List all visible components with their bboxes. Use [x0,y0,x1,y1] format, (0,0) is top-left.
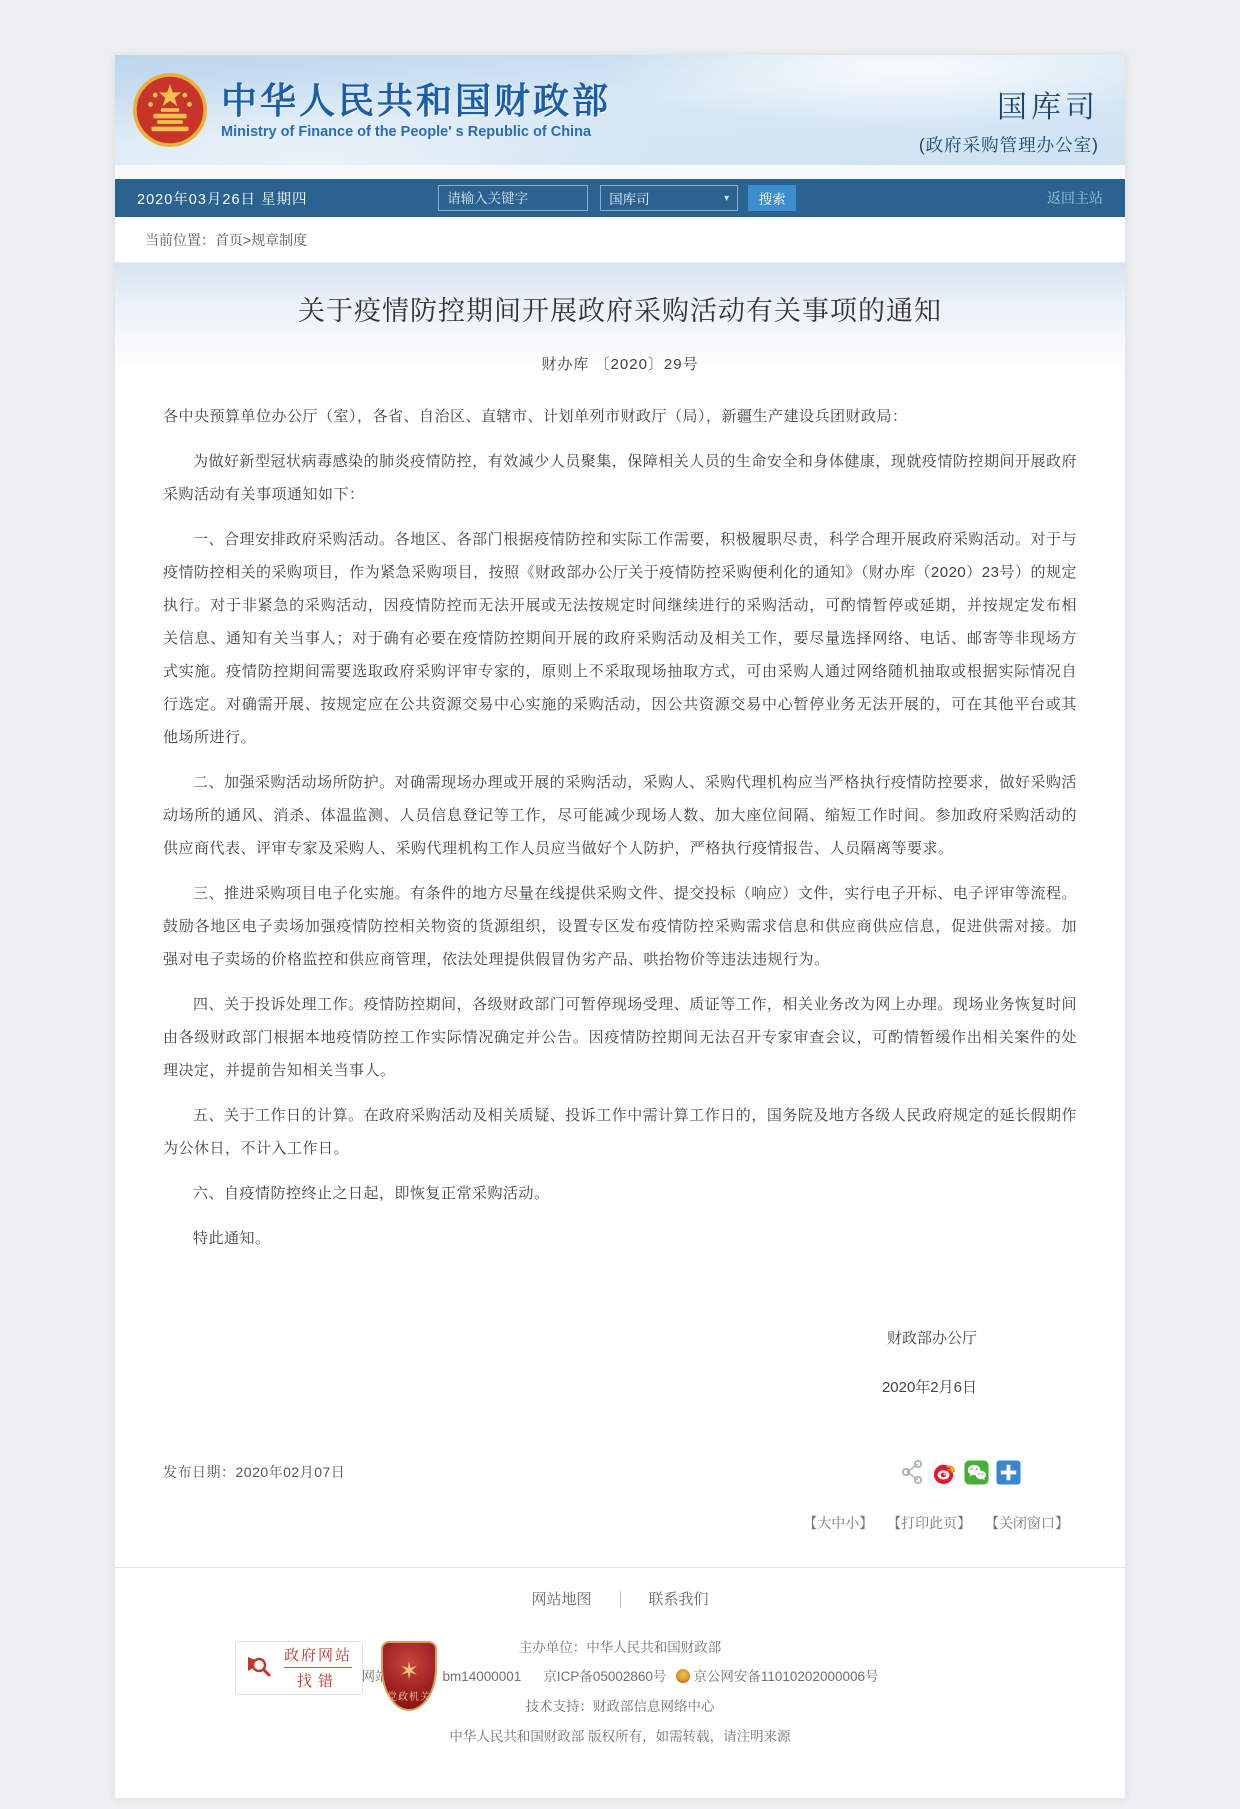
publish-date-label: 发布日期： [163,1464,236,1480]
breadcrumb-label: 当前位置： [145,232,215,248]
footer-info: 政府网站 找错 ✶ 党政机关 主办单位：中华人民共和国财政部 网站标识码：bm1… [115,1619,1125,1762]
breadcrumb-home-link[interactable]: 首页 [215,232,243,248]
brand-block: 中华人民共和国财政部 Ministry of Finance of the Pe… [133,73,611,147]
security-record-number[interactable]: 京公网安备11010202000006号 [693,1669,878,1684]
paragraph: 三、推进采购项目电子化实施。有条件的地方尽量在线提供采购文件、提交投标（响应）文… [163,877,1077,976]
print-page-tool[interactable]: 【打印此页】 [887,1515,971,1531]
publish-date-value: 2020年02月07日 [236,1464,346,1480]
breadcrumb: 当前位置：首页>规章制度 [115,217,1125,263]
footer: 网站地图联系我们 政府网站 找错 ✶ 党政机关 [115,1568,1125,1762]
department-name: 国库司 [919,82,1099,126]
site-banner: 中华人民共和国财政部 Ministry of Finance of the Pe… [115,55,1125,165]
paragraph: 二、加强采购活动场所防护。对确需现场办理或开展的采购活动，采购人、采购代理机构应… [163,766,1077,865]
wechat-icon[interactable] [964,1460,989,1485]
signature-org: 财政部办公厅 [163,1327,977,1348]
signature-date: 2020年2月6日 [163,1376,977,1397]
department-subtitle: (政府采购管理办公室) [919,132,1099,157]
brand-text: 中华人民共和国财政部 Ministry of Finance of the Pe… [221,80,611,140]
page-card: 中华人民共和国财政部 Ministry of Finance of the Pe… [115,55,1125,1798]
paragraph: 五、关于工作日的计算。在政府采购活动及相关质疑、投诉工作中需计算工作日的，国务院… [163,1099,1077,1165]
paragraph: 一、合理安排政府采购活动。各地区、各部门根据疫情防控和实际工作需要，积极履职尽责… [163,523,1077,754]
paragraph: 特此通知。 [163,1222,1077,1255]
breadcrumb-separator: > [243,232,251,248]
icp-number[interactable]: 京ICP备05002860号 [543,1669,666,1684]
site-title-en: Ministry of Finance of the People' s Rep… [221,124,611,140]
publish-date-line: 发布日期：2020年02月07日 [163,1462,345,1482]
current-date: 2020年03月26日 星期四 [137,188,308,209]
footer-badges: 政府网站 找错 ✶ 党政机关 [235,1641,437,1711]
magnifier-icon [246,1653,276,1683]
site-title: 中华人民共和国财政部 [221,80,611,121]
contact-link[interactable]: 联系我们 [620,1591,737,1608]
gov-site-error-report-badge[interactable]: 政府网站 找错 [235,1641,363,1695]
share-nodes-icon[interactable] [899,1459,925,1485]
article-body: 各中央预算单位办公厅（室），各省、自治区、直辖市、计划单列市财政厅（局），新疆生… [163,400,1077,1255]
national-emblem-icon [133,73,207,147]
sitemap-link[interactable]: 网站地图 [503,1591,619,1608]
publish-row: 发布日期：2020年02月07日 [163,1459,1077,1485]
paragraph: 各中央预算单位办公厅（室），各省、自治区、直辖市、计划单列市财政厅（局），新疆生… [163,400,1077,433]
font-size-tool[interactable]: 【大中小】 [803,1515,873,1531]
paragraph: 为做好新型冠状病毒感染的肺炎疫情防控，有效减少人员聚集，保障相关人员的生命安全和… [163,445,1077,511]
share-bar [899,1459,1077,1485]
close-window-tool[interactable]: 【关闭窗口】 [985,1515,1069,1531]
document-number: 财办库 〔2020〕29号 [163,353,1077,374]
party-badge-emblem-icon: ✶ [399,1660,419,1684]
party-badge-label: 党政机关 [387,1688,431,1703]
banner-nav-gap [115,165,1125,179]
gov-site-error-text: 政府网站 找错 [284,1644,352,1691]
paragraph: 四、关于投诉处理工作。疫情防控期间，各级财政部门可暂停现场受理、质证等工作，相关… [163,988,1077,1087]
navbar: 2020年03月26日 星期四 国库司 ▾ 搜索 返回主站 [115,179,1125,217]
page-tools: 【大中小】 【打印此页】 【关闭窗口】 [163,1513,1077,1533]
copyright-line: 中华人民共和国财政部 版权所有，如需转载，请注明来源 [115,1722,1125,1752]
article-panel: 关于疫情防控期间开展政府采购活动有关事项的通知 财办库 〔2020〕29号 各中… [115,263,1125,1533]
department-block: 国库司 (政府采购管理办公室) [919,64,1099,157]
badge-find-line2: 找错 [284,1670,352,1691]
page-title: 关于疫情防控期间开展政府采购活动有关事项的通知 [163,293,1077,331]
footer-links: 网站地图联系我们 [115,1568,1125,1619]
paragraph: 六、自疫情防控终止之日起，即恢复正常采购活动。 [163,1177,1077,1210]
weibo-icon[interactable] [932,1460,957,1485]
public-security-emblem-icon [676,1669,690,1683]
breadcrumb-section-link[interactable]: 规章制度 [251,232,307,248]
back-to-main-site-link[interactable]: 返回主站 [1047,188,1103,208]
party-gov-org-badge[interactable]: ✶ 党政机关 [381,1641,437,1711]
search-scope-value: 国库司 [609,188,650,208]
signature-block: 财政部办公厅 2020年2月6日 [163,1327,1077,1397]
chevron-down-icon: ▾ [724,193,729,204]
share-more-icon[interactable] [996,1460,1021,1485]
badge-find-line1: 政府网站 [284,1644,352,1668]
search-input[interactable] [438,185,588,211]
search-scope-select[interactable]: 国库司 ▾ [600,185,738,211]
search-button[interactable]: 搜索 [748,185,796,211]
